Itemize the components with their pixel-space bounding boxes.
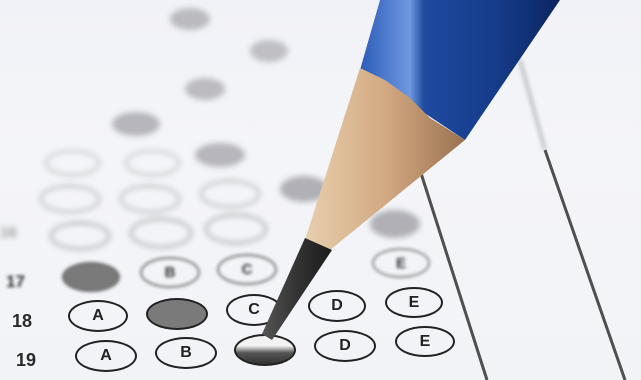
photo-scene: 16 17 B C E 18 A C D E 19 A B D E [0,0,641,380]
pencil [0,0,641,380]
pencil-graphite-tip [262,238,332,340]
